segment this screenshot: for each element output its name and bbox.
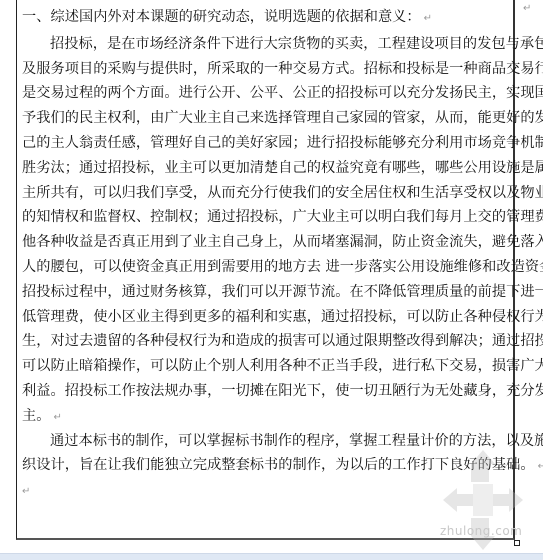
- empty-paragraph: ↵: [22, 478, 510, 503]
- section-heading-text: 一、综述国内外对本课题的研究动态，说明选题的依据和意义：: [22, 9, 421, 25]
- paragraph-2: 通过本标书的制作，可以掌握标书制作的程序，掌握工程量计价的方法，以及施工组 织设…: [22, 429, 510, 479]
- paragraph-line: 人的腰包，可以使资金真正用到需要用的地方去 进一步落实公用设施维修和改造资金；在: [22, 255, 510, 280]
- paragraph-line: 招投标，是在市场经济条件下进行大宗货物的买卖，工程建设项目的发包与承包，以: [22, 32, 510, 57]
- paragraph-line-text: 主。: [22, 408, 50, 424]
- paragraph-line: 的知情权和监督权、控制权；通过招投标，广大业主可以明白我们每月上交的管理费和其: [22, 205, 510, 230]
- paragraph-line: 胜劣汰；通过招投标，业主可以更加清楚自己的权益究竟有哪些，哪些公用设施是属于业: [22, 156, 510, 181]
- paragraph-line: 己的主人翁责任感，管理好自己的美好家园；进行招投标能够充分利用市场竞争机制，优: [22, 131, 510, 156]
- window-bottom-band: [0, 553, 543, 560]
- paragraph-line-last: 织设计，旨在让我们能独立完成整套标书的制作，为以后的工作打下良好的基础。↵: [22, 453, 510, 478]
- paragraph-line: 通过本标书的制作，可以掌握标书制作的程序，掌握工程量计价的方法，以及施工组: [22, 429, 510, 454]
- paragraph-mark-outside: ↵: [523, 3, 531, 14]
- paragraph-line: 是交易过程的两个方面。进行公开、公平、公正的招投标可以充分发扬民主，实现国家赋: [22, 81, 510, 106]
- section-heading: 一、综述国内外对本课题的研究动态，说明选题的依据和意义：↵: [22, 5, 510, 32]
- paragraph-mark: ↵: [53, 412, 61, 423]
- paragraph-mark: ↵: [538, 461, 543, 472]
- paragraph-mark: ↵: [424, 13, 432, 24]
- paragraph-line: 低管理费，使小区业主得到更多的福利和实惠，通过招投标，可以防止各种侵权行为的发: [22, 305, 510, 330]
- paragraph-line: 他各种收益是否真正用到了业主自己身上，从而堵塞漏洞，防止资金流失，避免落入少数: [22, 230, 510, 255]
- paragraph-line-last: 主。↵: [22, 404, 510, 429]
- document-body[interactable]: 一、综述国内外对本课题的研究动态，说明选题的依据和意义：↵ 招投标，是在市场经济…: [22, 5, 510, 503]
- paragraph-line: 主所共有，可以归我们享受，从而充分行使我们的安全居住权和生活享受权以及物业管理: [22, 181, 510, 206]
- resize-handle[interactable]: [514, 540, 520, 546]
- paragraph-mark: ↵: [22, 486, 30, 497]
- paragraph-line: 予我们的民主权利，由广大业主自己来选择管理自己家园的管家，从而，能更好的发挥自: [22, 106, 510, 131]
- paragraph-line: 招投标过程中，通过财务核算，我们可以开源节流。在不降低管理质量的前提下进一步降: [22, 280, 510, 305]
- paragraph-line: 及服务项目的采购与提供时，所采取的一种交易方式。招标和投标是一种商品交易行为，: [22, 57, 510, 82]
- paragraph-line: 生，对过去遗留的各种侵权行为和造成的损害可以通过限期整改得到解决；通过招投标，: [22, 329, 510, 354]
- paragraph-1: 招投标，是在市场经济条件下进行大宗货物的买卖，工程建设项目的发包与承包，以 及服…: [22, 32, 510, 429]
- paragraph-line: 可以防止暗箱操作，可以防止个别人利用各种不正当手段，进行私下交易，损害广大业主: [22, 354, 510, 379]
- empty-line: ↵: [22, 478, 510, 503]
- paragraph-line: 利益。招投标工作按法规办事，一切摊在阳光下，使一切丑陋行为无处藏身，充分发扬民: [22, 379, 510, 404]
- watermark-text: zhulong.com: [440, 524, 522, 538]
